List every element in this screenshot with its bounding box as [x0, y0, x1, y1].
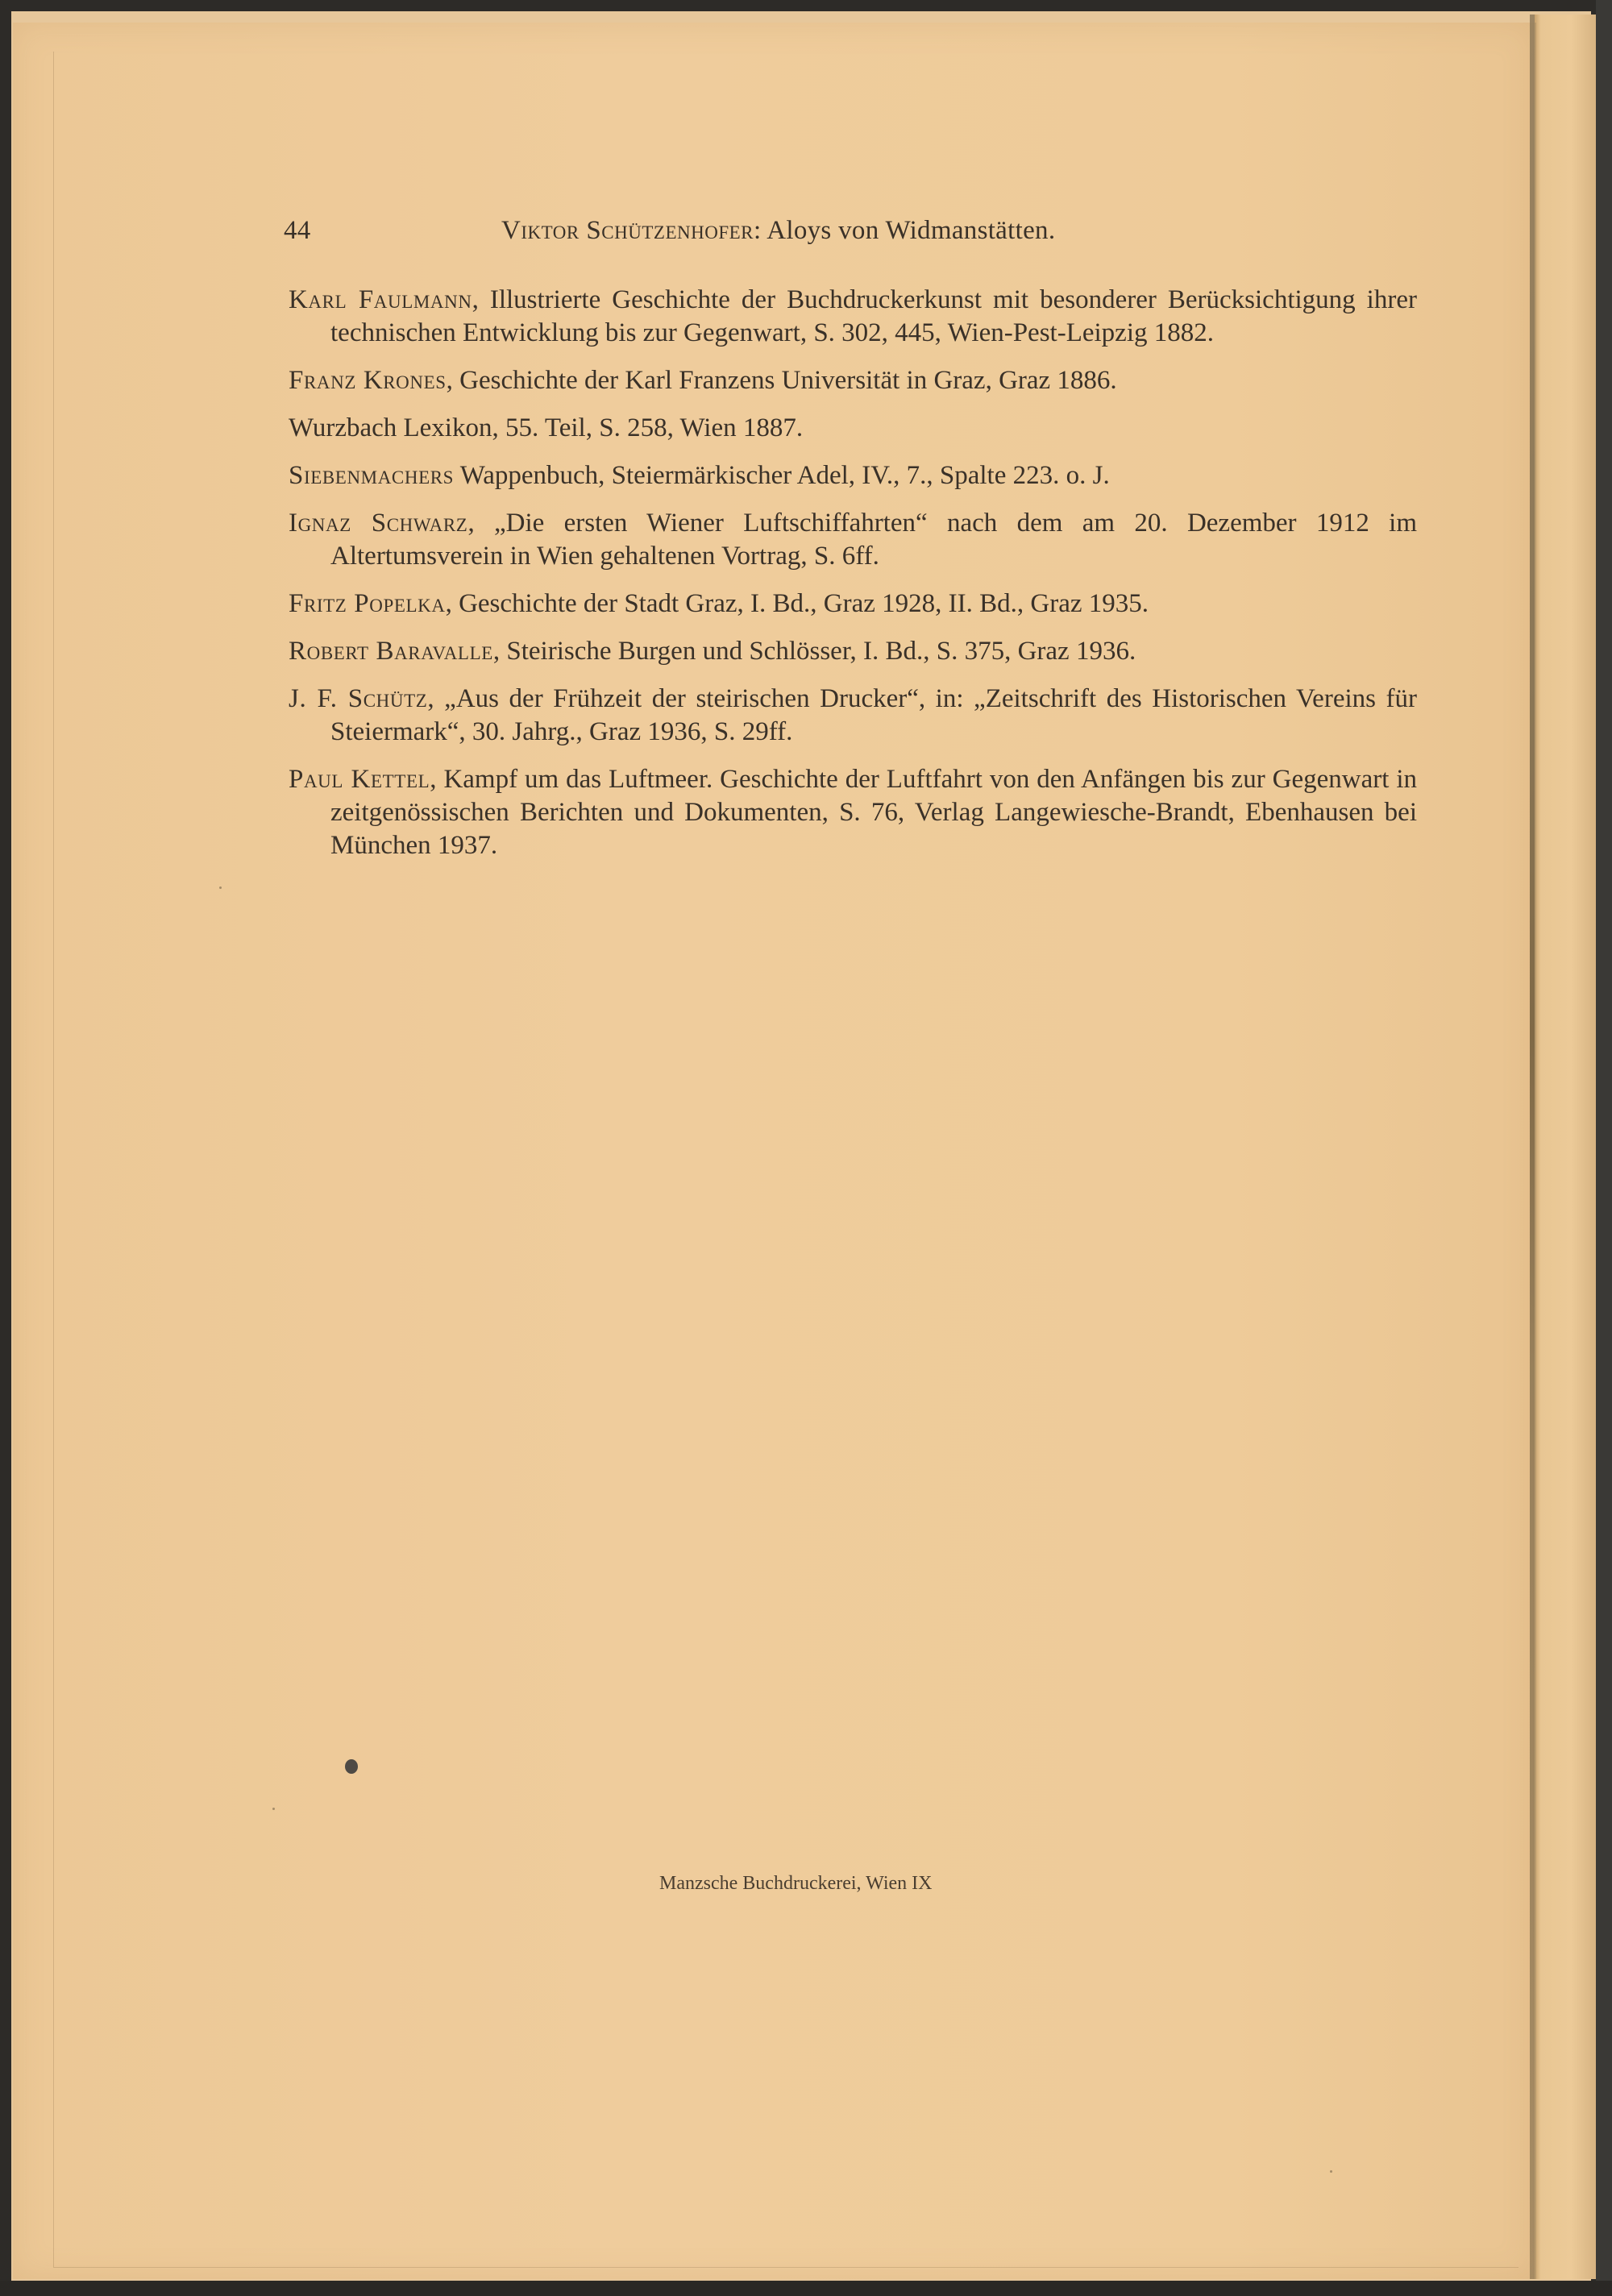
entry-author: Siebenmachers	[289, 461, 454, 490]
scan-edge-bottom	[0, 2281, 1612, 2296]
scan-edge-right	[1596, 0, 1612, 2296]
entry-author: Franz Krones	[289, 366, 447, 395]
entry-text: , Geschichte der Stadt Graz, I. Bd., Gra…	[446, 589, 1149, 618]
entry-author: Fritz Popelka	[289, 589, 446, 618]
bibliography-entry: Franz Krones, Geschichte der Karl Franze…	[289, 364, 1417, 397]
next-page-edge	[1535, 15, 1596, 2279]
bibliography-entry: Wurzbach Lexikon, 55. Teil, S. 258, Wien…	[289, 412, 1417, 445]
bibliography-entry: Robert Baravalle, Steirische Burgen und …	[289, 635, 1417, 668]
entry-author: Robert Baravalle	[289, 637, 493, 666]
entry-text: Wappenbuch, Steiermärkischer Adel, IV., …	[454, 461, 1110, 490]
running-head: Viktor Schützenhofer: Aloys von Widmanst…	[501, 216, 1055, 246]
paper-speck	[219, 886, 222, 889]
ink-blot-mark	[345, 1759, 358, 1774]
entry-author: Karl Faulmann	[289, 285, 472, 314]
printer-imprint: Manzsche Buchdruckerei, Wien IX	[659, 1873, 932, 1895]
running-head-title: Aloys von Widmanstätten.	[767, 216, 1055, 245]
entry-text: , Steirische Burgen und Schlösser, I. Bd…	[493, 637, 1136, 666]
running-head-author: Viktor Schützenhofer	[501, 216, 754, 245]
entry-text: , „Die ersten Wiener Luftschiffahrten“ n…	[330, 509, 1417, 571]
bibliography-entry: Paul Kettel, Kampf um das Luftmeer. Gesc…	[289, 763, 1417, 862]
entry-text: , Illustrierte Geschichte der Buchdrucke…	[330, 285, 1417, 347]
entry-author: Ignaz Schwarz	[289, 509, 467, 538]
entry-text: Wurzbach Lexikon, 55. Teil, S. 258, Wien…	[289, 413, 803, 442]
entry-text: , „Aus der Frühzeit der steirischen Druc…	[330, 684, 1417, 746]
entry-text: , Geschichte der Karl Franzens Universit…	[447, 366, 1117, 395]
running-head-separator: :	[754, 216, 761, 245]
bibliography-entry: Ignaz Schwarz, „Die ersten Wiener Luftsc…	[289, 507, 1417, 573]
entry-text: , Kampf um das Luftmeer. Geschichte der …	[330, 765, 1417, 860]
paper-speck	[1330, 2170, 1332, 2173]
bibliography-entry: Fritz Popelka, Geschichte der Stadt Graz…	[289, 587, 1417, 621]
entry-author: J. F. Schütz	[289, 684, 427, 713]
bibliography-entry: Karl Faulmann, Illustrierte Geschichte d…	[289, 284, 1417, 350]
book-spine-gutter	[1530, 15, 1535, 2279]
bibliography-entry: J. F. Schütz, „Aus der Frühzeit der stei…	[289, 683, 1417, 749]
entry-author: Paul Kettel	[289, 765, 430, 794]
bibliography-list: Karl Faulmann, Illustrierte Geschichte d…	[289, 284, 1417, 877]
page-number: 44	[284, 216, 311, 246]
bibliography-entry: Siebenmachers Wappenbuch, Steiermärkisch…	[289, 459, 1417, 492]
paper-speck	[272, 1808, 275, 1810]
